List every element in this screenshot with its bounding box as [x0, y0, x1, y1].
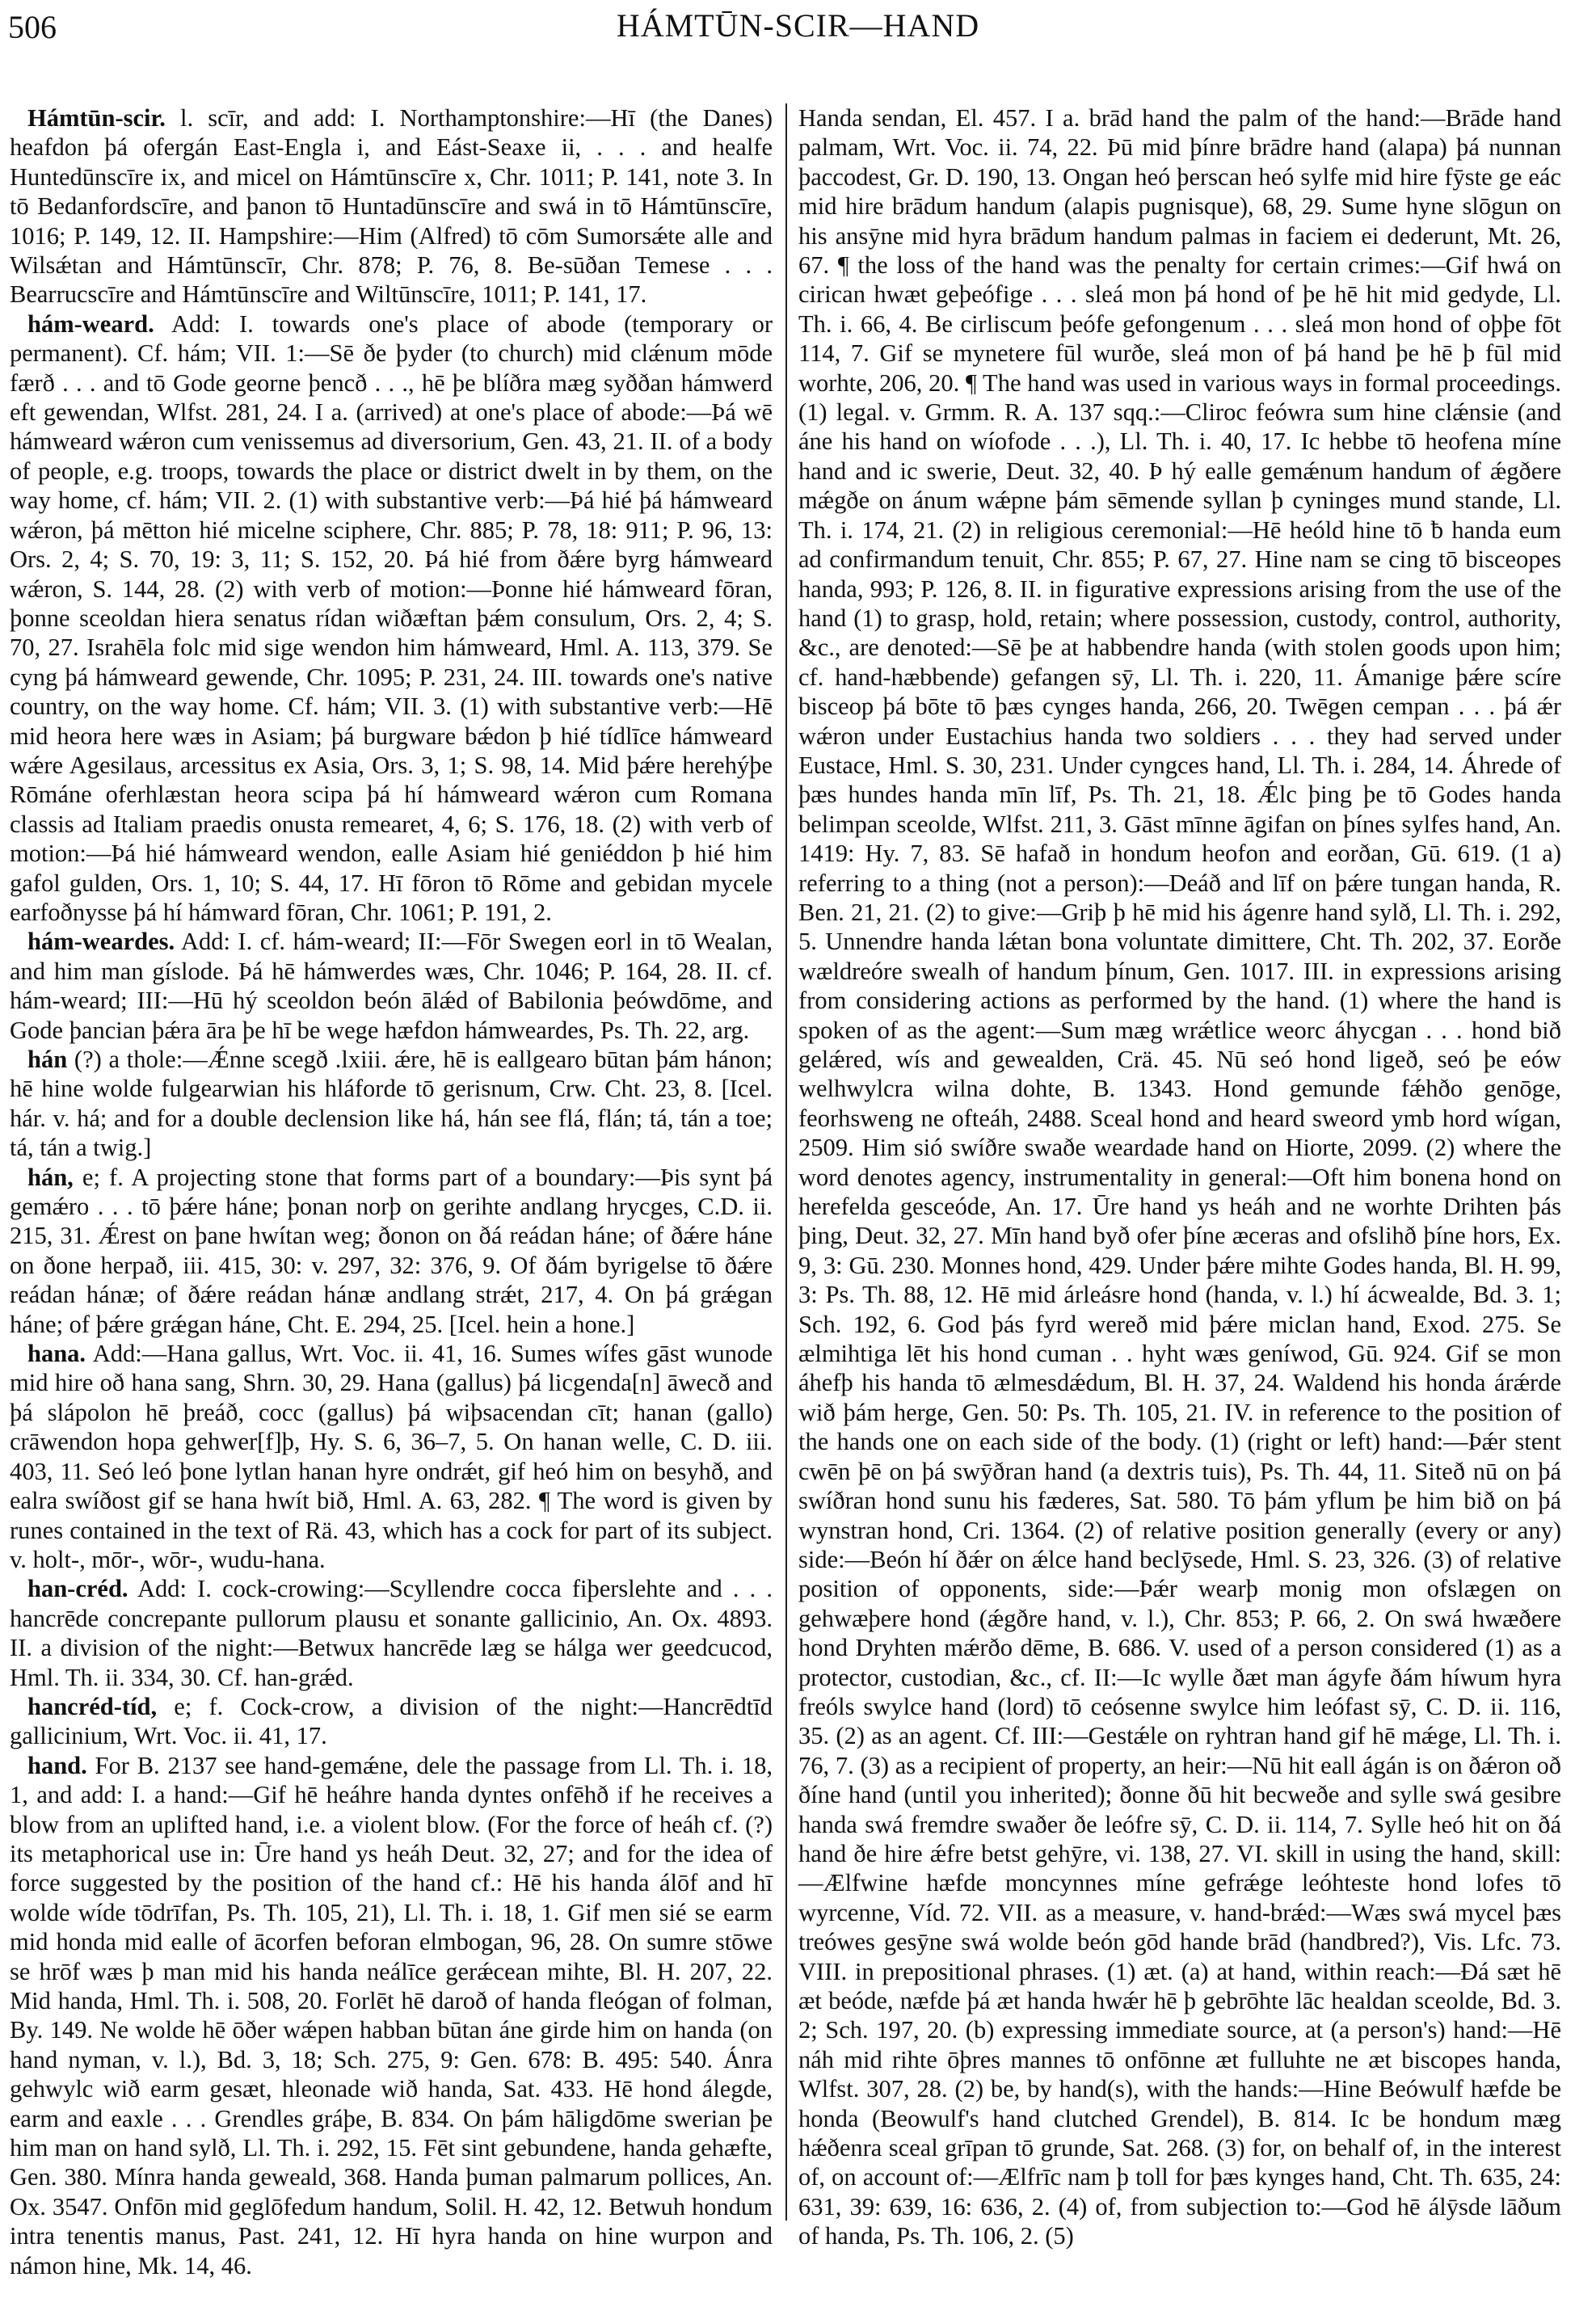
running-head: HÁMTŪN-SCIR—HAND [0, 6, 1596, 45]
entry-headword: hana. [27, 1340, 86, 1367]
column-divider [785, 103, 787, 2220]
dictionary-entry-continued: Handa sendan, El. 457. I a. brād hand th… [798, 103, 1561, 2251]
entry-headword: hán [27, 1046, 67, 1073]
dictionary-entry: hancréd-tíd, e; f. Cock-crow, a division… [10, 1692, 773, 1751]
entry-headword: hancréd-tíd, [27, 1693, 157, 1720]
right-column: Handa sendan, El. 457. I a. brād hand th… [798, 103, 1561, 2251]
entry-body: For B. 2137 see hand-gemǽne, dele the pa… [10, 1752, 773, 2279]
entry-body: e; f. A projecting stone that forms part… [10, 1164, 773, 1338]
dictionary-entry: Hámtūn-scir. l. scīr, and add: I. Northa… [10, 103, 773, 309]
entry-headword: hám-weardes. [27, 928, 175, 955]
dictionary-entry: hán, e; f. A projecting stone that forms… [10, 1163, 773, 1339]
dictionary-entry: hám-weard. Add: I. towards one's place o… [10, 309, 773, 928]
entry-headword: han-créd. [27, 1575, 128, 1602]
entry-body: Handa sendan, El. 457. I a. brād hand th… [798, 104, 1561, 2250]
dictionary-entry: hán (?) a thole:—Ǽnne scegð .lxiii. ǽre,… [10, 1045, 773, 1163]
entry-headword: hám-weard. [27, 310, 154, 338]
entry-body: l. scīr, and add: I. Northamptonshire:—H… [10, 104, 773, 308]
entry-headword: hand. [27, 1752, 87, 1779]
entry-headword: hán, [27, 1164, 74, 1191]
left-column: Hámtūn-scir. l. scīr, and add: I. Northa… [10, 103, 773, 2280]
entry-headword: Hámtūn-scir. [27, 104, 166, 132]
entry-body: (?) a thole:—Ǽnne scegð .lxiii. ǽre, hē … [10, 1046, 773, 1161]
entry-body: Add:—Hana gallus, Wrt. Voc. ii. 41, 16. … [10, 1340, 773, 1573]
dictionary-entry: han-créd. Add: I. cock-crowing:—Scyllend… [10, 1574, 773, 1692]
dictionary-entry: hana. Add:—Hana gallus, Wrt. Voc. ii. 41… [10, 1339, 773, 1574]
dictionary-entry: hám-weardes. Add: I. cf. hám-weard; II:—… [10, 927, 773, 1045]
entry-body: Add: I. towards one's place of abode (te… [10, 310, 773, 926]
dictionary-entry: hand. For B. 2137 see hand-gemǽne, dele … [10, 1751, 773, 2280]
